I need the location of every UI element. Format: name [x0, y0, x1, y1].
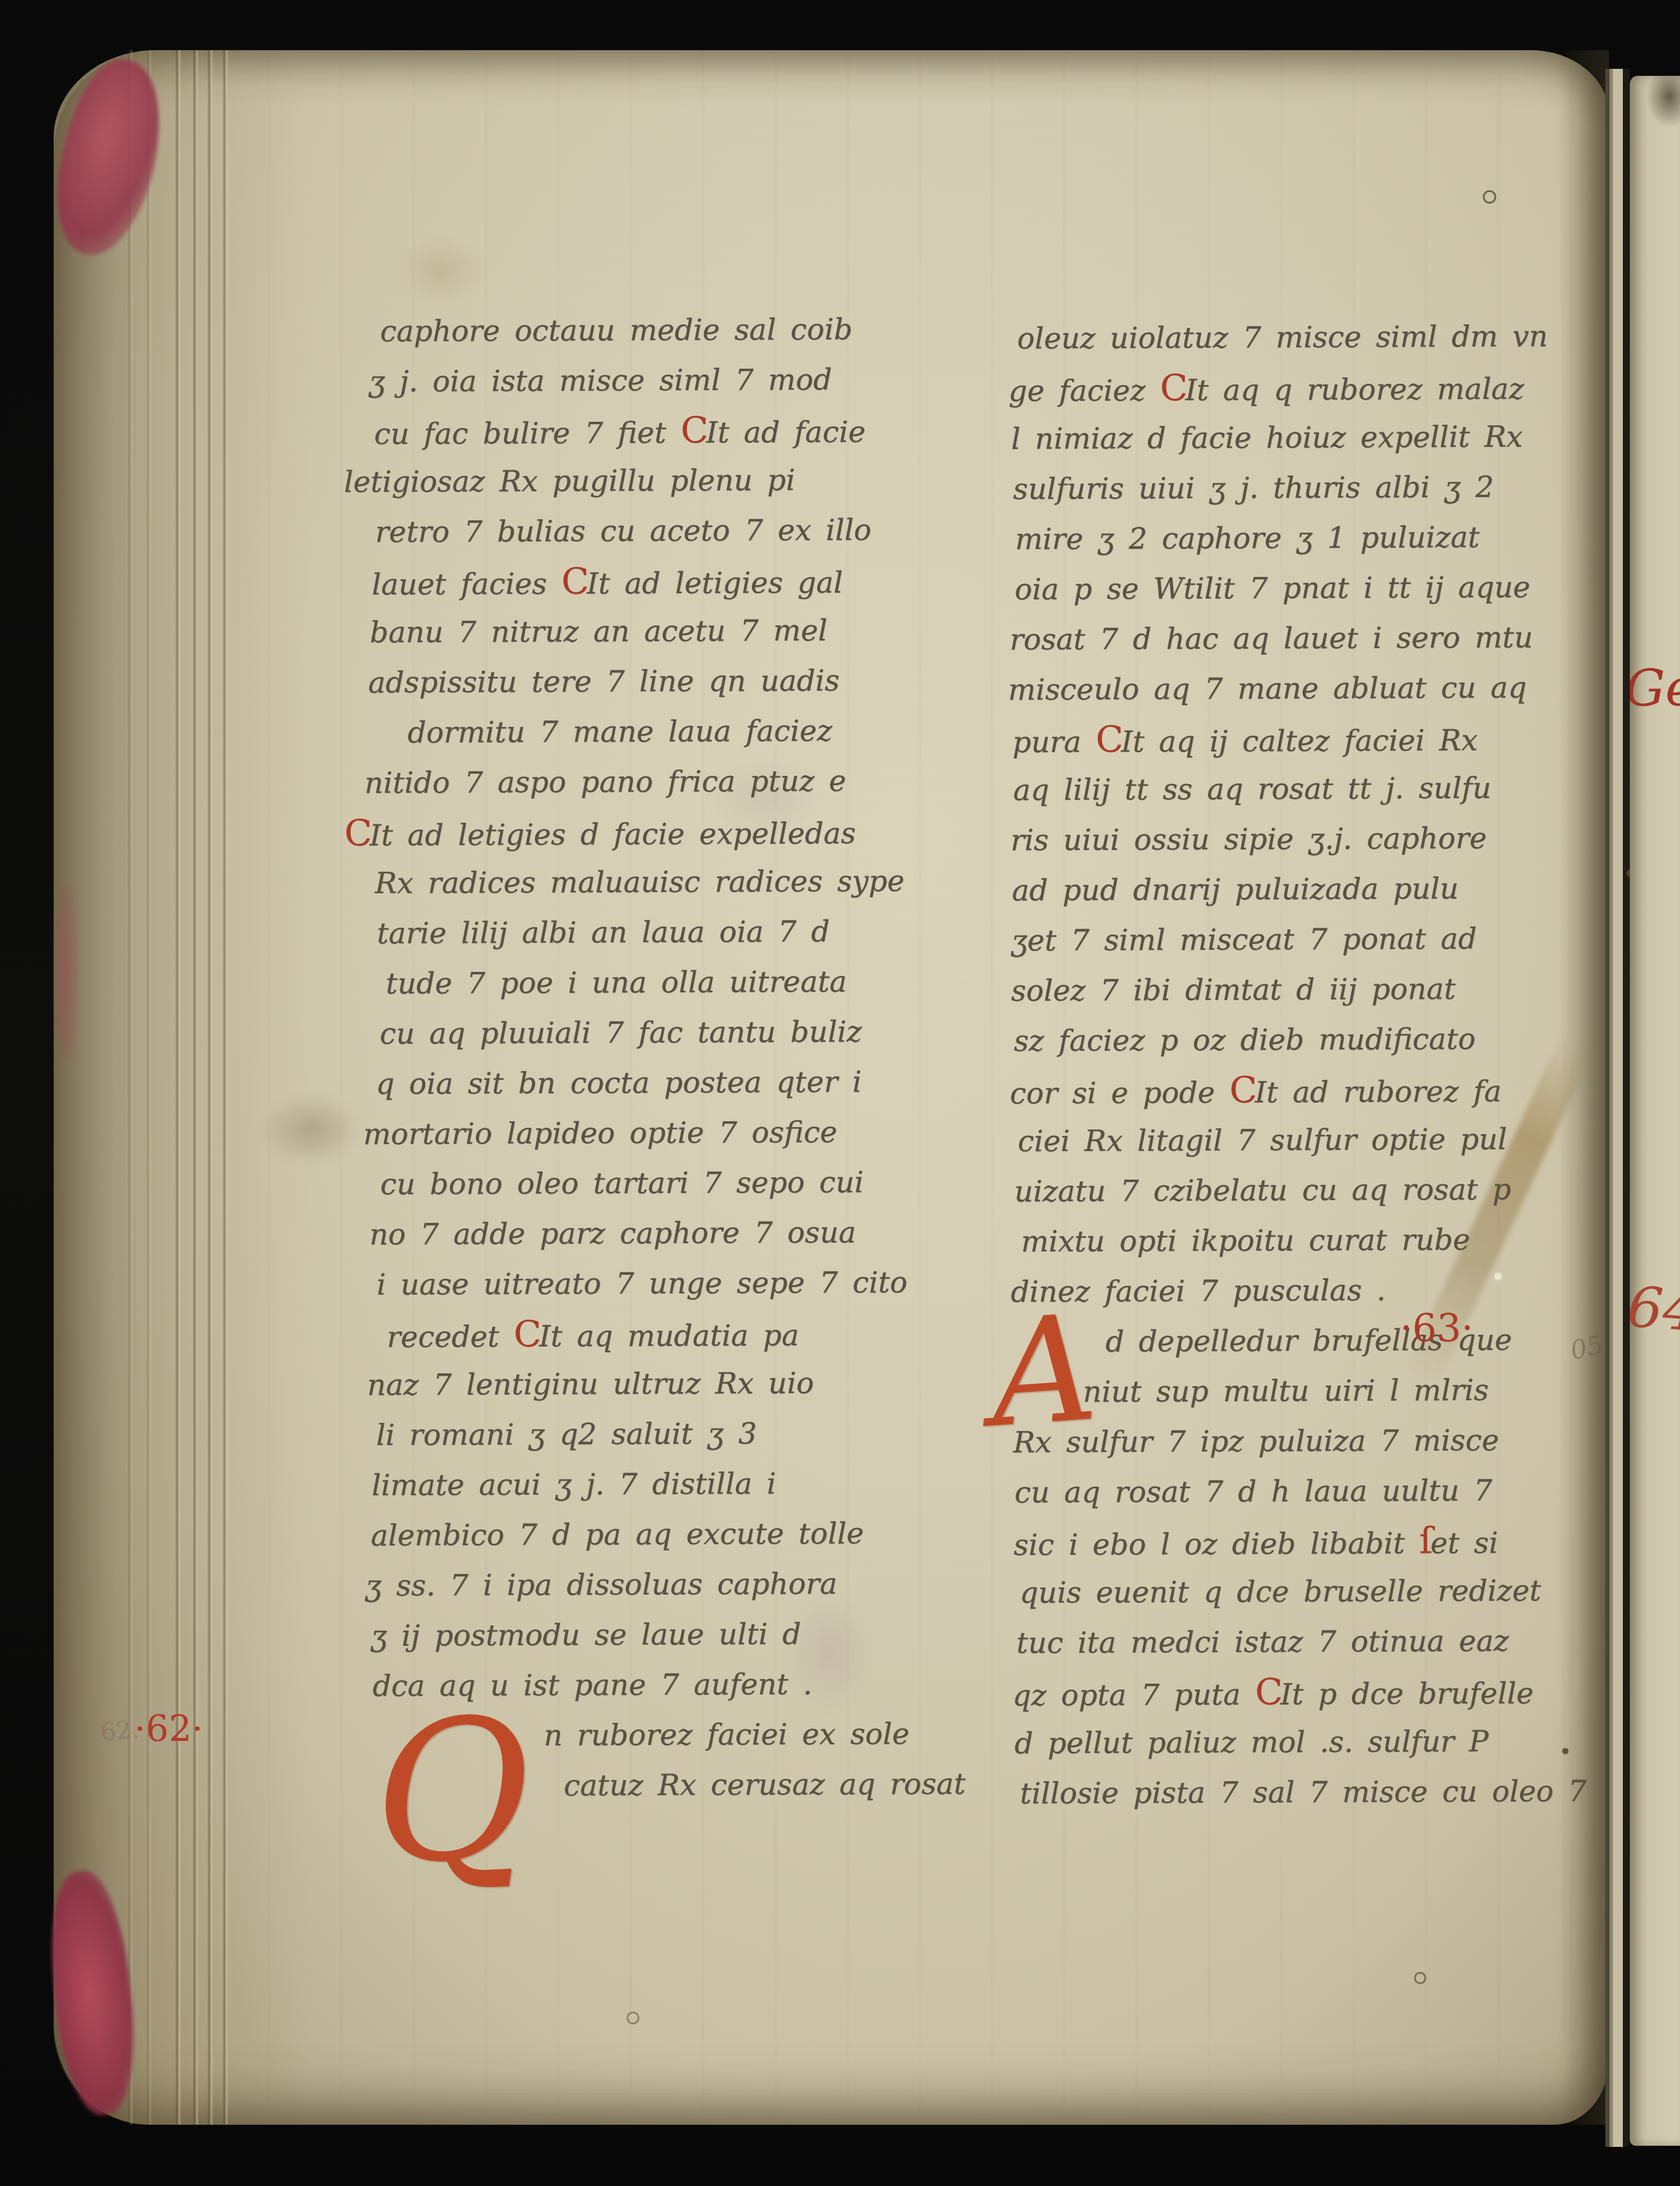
text-line: ad pud dnarij puluizada pulu: [1009, 863, 1651, 916]
text-line: letigiosaz Rx pugillu plenu pi: [341, 454, 960, 508]
line-text: ad pud dnarij puluizada pulu: [1012, 872, 1459, 907]
line-text: aq lilij tt ss aq rosat tt j. sulfu: [1013, 771, 1492, 807]
text-line: ʒ ij postmodu se laue ulti d: [350, 1608, 968, 1662]
line-text: cu aq pluuiali 7 fac tantu buliz: [380, 1015, 862, 1051]
text-line: uizatu 7 czibelatu cu aq rosat p: [1014, 1164, 1656, 1217]
line-text: sz faciez p oz dieb mudificato: [1014, 1022, 1476, 1058]
text-line: tude 7 poe i una olla uitreata: [345, 956, 963, 1009]
text-line: retro 7 bulias cu aceto 7 ex illo: [343, 505, 961, 558]
text-line: sz faciez p oz dieb mudificato: [1014, 1013, 1655, 1066]
line-text: recedet: [387, 1320, 514, 1354]
text-line: quis euenit q dce bruselle redizet: [1014, 1565, 1655, 1618]
line-text: It aq ij caltez faciei Rx: [1121, 723, 1478, 759]
text-column-left: caphore octauu medie sal coibʒ j. oia is…: [342, 304, 967, 1812]
line-text: mortario lapideo optie 7 osfice: [363, 1115, 837, 1152]
line-text: It p dce brufelle: [1280, 1677, 1534, 1712]
text-line: caphore octauu medie sal coib: [342, 304, 960, 357]
text-line: limate acui ʒ j. 7 distilla i: [345, 1458, 964, 1511]
line-text: rosat 7 d hac aq lauet i sero mtu: [1010, 620, 1533, 656]
text-line: dormitu 7 mane laua faciez: [346, 705, 964, 758]
page-stack-edge: [146, 50, 152, 2125]
line-text: qz opta 7 puta: [1013, 1678, 1255, 1713]
next-page-sliver: Ge 64: [1630, 76, 1680, 2146]
line-text: uizatu 7 czibelatu cu aq rosat p: [1014, 1173, 1511, 1209]
spine-ridge: [192, 50, 199, 2125]
text-line: pura CIt aq ij caltez faciei Rx: [1012, 712, 1654, 765]
text-line: tarie lilij albi an laua oia 7 d: [345, 906, 963, 959]
page-stack-edge: [127, 50, 134, 2125]
line-text: It ad letigies gal: [587, 566, 843, 601]
line-text: sulfuris uiui ʒ j. thuris albi ʒ 2: [1013, 470, 1494, 506]
line-text: ʒ ij postmodu se laue ulti d: [370, 1617, 801, 1653]
line-text: q oia sit bn cocta postea qter i: [376, 1065, 862, 1101]
text-line: mortario lapideo optie 7 osfice: [345, 1107, 964, 1160]
line-text: cor si e pode: [1010, 1076, 1230, 1111]
text-line: solez 7 ibi dimtat d iij ponat: [1011, 963, 1653, 1016]
text-line: q oia sit bn cocta postea qter i: [344, 1057, 962, 1110]
text-line: no 7 adde parz caphore 7 osua: [346, 1207, 964, 1260]
line-text: i uase uitreato 7 unge sepe 7 cito: [377, 1265, 908, 1302]
line-text: It aq q ruborez malaz: [1185, 372, 1524, 408]
line-text: It ad letigies d facie expelledas: [370, 816, 856, 852]
text-line: rosat 7 d hac aq lauet i sero mtu: [1010, 612, 1651, 665]
line-text: ʒ ss. 7 i ipa dissoluas caphora: [365, 1567, 838, 1603]
text-line: mire ʒ 2 caphore ʒ 1 puluizat: [1009, 512, 1651, 565]
line-text: quis euenit q dce bruselle redizet: [1020, 1573, 1541, 1610]
text-line: nitido 7 aspo pano frica ptuz e: [344, 756, 963, 809]
line-text: oia p se Wtilit 7 pnat i tt ij aque: [1014, 571, 1530, 607]
text-line: l nimiaz d facie hoiuz expellit Rx: [1011, 411, 1653, 464]
line-text: dormitu 7 mane laua faciez: [407, 714, 832, 750]
text-line: oia p se Wtilit 7 pnat i tt ij aque: [1012, 562, 1653, 615]
rubric-mark: C: [561, 559, 587, 602]
next-page-chapter-number-64: 64: [1630, 1274, 1680, 1344]
line-text: niut sup multu uiri l mlris: [1083, 1373, 1489, 1409]
line-text: misceulo aq 7 mane abluat cu aq: [1008, 671, 1527, 707]
rubricated-initial-A: A: [986, 1302, 1100, 1440]
text-line: ge faciez CIt aq q ruborez malaz: [1009, 361, 1650, 414]
rubric-mark: C: [1230, 1069, 1255, 1111]
line-text: naz 7 lentiginu ultruz Rx uio: [367, 1366, 814, 1402]
text-line: adspissitu tere 7 line qn uadis: [342, 655, 960, 708]
line-text: l nimiaz d facie hoiuz expellit Rx: [1011, 420, 1522, 456]
text-line: tillosie pista 7 sal 7 misce cu oleo 7: [1017, 1766, 1658, 1819]
line-text: oleuz uiolatuz 7 misce siml dm vn: [1017, 319, 1548, 355]
line-text: letigiosaz Rx pugillu plenu pi: [344, 463, 796, 499]
spine-ridge: [207, 50, 213, 2125]
rubric-mark: C: [681, 409, 706, 452]
text-line: cu aq pluuiali 7 fac tantu buliz: [348, 1006, 966, 1059]
line-text: no 7 adde parz caphore 7 osua: [369, 1215, 856, 1251]
text-line: alembico 7 d pa aq excute tolle: [347, 1508, 965, 1561]
decorative-stain: [1646, 76, 1680, 128]
text-line: recedet CIt aq mudatia pa: [349, 1307, 967, 1360]
rubric-mark: C: [514, 1313, 540, 1355]
line-text: n ruborez faciei ex sole: [544, 1717, 909, 1753]
text-line: qz opta 7 puta CIt p dce brufelle: [1013, 1666, 1654, 1719]
text-line: ʒet 7 siml misceat 7 ponat ad: [1011, 913, 1653, 966]
text-line: cu fac bulire 7 fiet CIt ad facie: [345, 404, 963, 457]
text-line: tuc ita medci istaz 7 otinua eaz: [1016, 1615, 1658, 1669]
line-text: It ad ruborez fa: [1255, 1075, 1501, 1110]
text-line: mixtu opti ikpoitu curat rube: [1012, 1214, 1654, 1267]
text-line: ciei Rx litagil 7 sulfur optie pul: [1012, 1114, 1653, 1167]
line-text: adspissitu tere 7 line qn uadis: [368, 664, 839, 700]
line-text: nitido 7 aspo pano frica ptuz e: [365, 764, 846, 800]
text-line: niut sup multu uiri l mlris: [1013, 1365, 1654, 1418]
line-text: tarie lilij albi an laua oia 7 d: [377, 915, 830, 950]
rubric-mark: C: [1160, 366, 1185, 409]
line-text: It ad facie: [706, 415, 866, 449]
rubricated-initial-Q: Q: [369, 1703, 535, 1880]
line-text: sic i ebo l oz dieb libabit: [1013, 1526, 1419, 1562]
wormhole-dot: [1414, 1972, 1426, 1984]
text-line: Rx sulfur 7 ipz puluiza 7 misce: [1013, 1415, 1655, 1468]
line-text: mixtu opti ikpoitu curat rube: [1021, 1223, 1470, 1258]
spine-ridge: [175, 50, 181, 2125]
line-text: alembico 7 d pa aq excute tolle: [370, 1516, 863, 1552]
rubric-mark: ſ: [1419, 1519, 1430, 1562]
line-text: et si: [1430, 1526, 1498, 1561]
line-text: retro 7 bulias cu aceto 7 ex illo: [375, 513, 871, 549]
spine-ridge: [222, 50, 229, 2125]
line-text: solez 7 ibi dimtat d iij ponat: [1011, 972, 1455, 1008]
line-text: cu aq rosat 7 d h laua uultu 7: [1014, 1474, 1492, 1510]
text-line: cor si e pode CIt ad ruborez fa: [1010, 1064, 1651, 1117]
text-line: ʒ ss. 7 i ipa dissoluas caphora: [348, 1558, 966, 1611]
text-line: naz 7 lentiginu ultruz Rx uio: [346, 1358, 965, 1411]
text-line: Rx radices maluauisc radices sype: [343, 856, 961, 909]
line-text: ciei Rx litagil 7 sulfur optie pul: [1017, 1122, 1507, 1159]
line-text: d pellut paliuz mol .s. sulfur P: [1014, 1725, 1489, 1761]
text-line: cu aq rosat 7 d h laua uultu 7: [1012, 1465, 1653, 1518]
line-text: mire ʒ 2 caphore ʒ 1 puluizat: [1015, 520, 1480, 556]
wormhole-dot: [1483, 190, 1496, 204]
chapter-number-63: ·63·: [1400, 1306, 1473, 1351]
gutter-shadow: [54, 50, 310, 2125]
line-text: lauet facies: [372, 567, 561, 601]
text-line: dinez faciei 7 pusculas .: [1011, 1264, 1653, 1317]
text-line: sulfuris uiui ʒ j. thuris albi ʒ 2: [1007, 461, 1649, 515]
fore-edge-strip: [1605, 69, 1630, 2147]
text-line: i uase uitreato 7 unge sepe 7 cito: [345, 1257, 963, 1310]
text-line: CIt ad letigies d facie expelledas: [344, 806, 963, 859]
text-line: ʒ j. oia ista misce siml 7 mod: [342, 354, 961, 407]
line-text: cu fac bulire 7 fiet: [374, 416, 681, 451]
photo-backdrop: caphore octauu medie sal coibʒ j. oia is…: [0, 0, 1680, 2186]
text-line: cu bono oleo tartari 7 sepo cui: [348, 1157, 967, 1210]
line-text: banu 7 nitruz an acetu 7 mel: [370, 614, 828, 649]
line-text: tuc ita medci istaz 7 otinua eaz: [1016, 1624, 1509, 1660]
line-text: li romani ʒ q2 saluit ʒ 3: [376, 1416, 757, 1452]
line-text: pura: [1012, 725, 1095, 760]
text-line: sic i ebo l oz dieb libabit ſet si: [1013, 1515, 1655, 1568]
line-text: ris uiui ossiu sipie ʒ.j. caphore: [1010, 821, 1487, 858]
wormhole-dot: [626, 2012, 639, 2024]
line-text: ge faciez: [1009, 373, 1160, 408]
manuscript-page: caphore octauu medie sal coibʒ j. oia is…: [54, 50, 1609, 2125]
line-text: tude 7 poe i una olla uitreata: [386, 965, 847, 1001]
rubric-mark: C: [1095, 718, 1121, 761]
text-line: lauet facies CIt ad letigies gal: [345, 555, 964, 608]
binding-leather-patch: [54, 884, 78, 1059]
line-text: limate acui ʒ j. 7 distilla i: [372, 1467, 776, 1502]
text-line: aq lilij tt ss aq rosat tt j. sulfu: [1010, 763, 1652, 816]
rubric-mark: C: [344, 812, 370, 854]
line-text: ʒet 7 siml misceat 7 ponat ad: [1011, 922, 1477, 957]
text-column-right: oleuz uiolatuz 7 misce siml dm vnge faci…: [1008, 311, 1656, 1819]
line-text: Rx radices maluauisc radices sype: [375, 864, 905, 900]
text-line: ris uiui ossiu sipie ʒ.j. caphore: [1010, 813, 1652, 866]
text-line: d pellut paliuz mol .s. sulfur P: [1014, 1716, 1656, 1769]
line-text: It aq mudatia pa: [539, 1318, 799, 1353]
text-line: banu 7 nitruz an acetu 7 mel: [344, 605, 962, 658]
line-text: ʒ j. oia ista misce siml 7 mod: [369, 363, 832, 398]
line-text: catuz Rx cerusaz aq rosat: [563, 1767, 965, 1803]
line-text: cu bono oleo tartari 7 sepo cui: [380, 1165, 864, 1201]
line-text: tillosie pista 7 sal 7 misce cu oleo 7: [1020, 1774, 1587, 1810]
text-line: oleuz uiolatuz 7 misce siml dm vn: [1008, 311, 1650, 364]
text-line: d depelledur brufellas que: [1015, 1314, 1657, 1367]
chapter-number-62-ghost: 62.: [99, 1715, 141, 1747]
line-text: caphore octauu medie sal coib: [380, 313, 852, 349]
rubric-mark: C: [1255, 1670, 1280, 1713]
next-page-red-mark: Ge: [1630, 659, 1680, 718]
text-line: li romani ʒ q2 saluit ʒ 3: [347, 1408, 965, 1461]
text-line: misceulo aq 7 mane abluat cu aq: [1008, 662, 1650, 715]
chapter-number-62: ·62·: [134, 1707, 203, 1750]
